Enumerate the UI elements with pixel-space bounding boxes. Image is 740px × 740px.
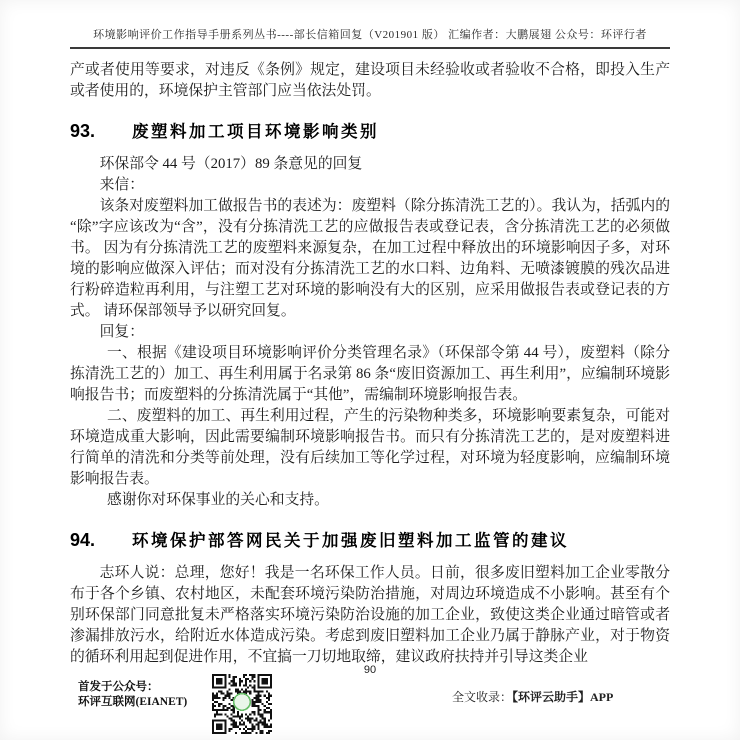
footer-collection-app: 【环评云助手】APP: [512, 690, 613, 704]
qr-code-image: [210, 674, 274, 734]
reply-label: 回复：: [70, 322, 670, 343]
section-94-number: 94.: [70, 530, 132, 551]
footer-publisher-line2: 环评互联网(EIANET): [78, 695, 187, 710]
qr-code: [210, 674, 274, 734]
page-header: 环境影响评价工作指导手册系列丛书----部长信箱回复（V201901 版） 汇编…: [70, 26, 670, 49]
footer-publisher-line1: 首发于公众号：: [78, 680, 187, 695]
thanks-line: 感谢你对环保事业的关心和支持。: [70, 490, 670, 511]
letter-label: 来信：: [70, 175, 670, 196]
qr-center-logo: [234, 694, 251, 711]
page-number: 90: [0, 664, 740, 676]
section-94-title: 环境保护部答网民关于加强废旧塑料加工监管的建议: [132, 527, 569, 551]
section-93-title: 废塑料加工项目环境影响类别: [132, 118, 379, 142]
intro-paragraph: 产或者使用等要求，对违反《条例》规定，建设项目未经验收或者验收不合格，即投入生产…: [70, 60, 670, 102]
section-93-number: 93.: [70, 121, 132, 142]
section-94-paragraph: 志环人说：总理，您好！我是一名环保工作人员。日前，很多废旧塑料加工企业零散分布于…: [70, 563, 670, 668]
document-page: 环境影响评价工作指导手册系列丛书----部长信箱回复（V201901 版） 汇编…: [0, 0, 740, 740]
header-title: 环境影响评价工作指导手册系列丛书----部长信箱回复（V201901 版） 汇编…: [93, 29, 647, 41]
section-93-subtitle: 环保部令 44 号（2017）89 条意见的回复: [70, 154, 670, 175]
footer-collection-prefix: 全文收录：: [452, 690, 512, 704]
footer-publisher: 首发于公众号： 环评互联网(EIANET): [78, 680, 187, 710]
reply-paragraph-2: 二、废塑料的加工、再生利用过程，产生的污染物种类多，环境影响要素复杂，可能对环境…: [70, 406, 670, 490]
reply-paragraph-1: 一、根据《建设项目环境影响评价分类管理名录》（环保部令第 44 号），废塑料（除…: [70, 343, 670, 406]
section-94-heading: 94. 环境保护部答网民关于加强废旧塑料加工监管的建议: [70, 527, 670, 551]
footer-collection: 全文收录：【环评云助手】APP: [452, 688, 613, 705]
letter-paragraph: 该条对废塑料加工做报告书的表述为：废塑料（除分拣清洗工艺的）。我认为，括弧内的“…: [70, 196, 670, 322]
section-93-heading: 93. 废塑料加工项目环境影响类别: [70, 118, 670, 142]
page-content: 产或者使用等要求，对违反《条例》规定，建设项目未经验收或者验收不合格，即投入生产…: [70, 60, 670, 668]
